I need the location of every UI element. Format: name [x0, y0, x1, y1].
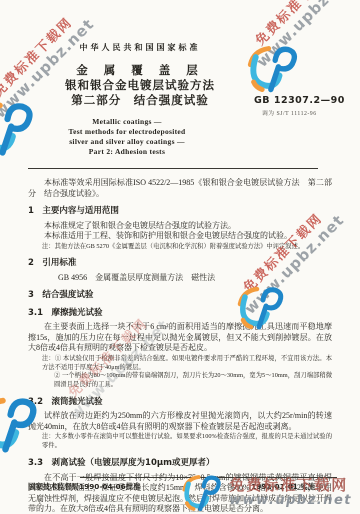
standard-number: GB 12307.2—90 — [254, 95, 345, 106]
section-3-2-note: 注：大多数小零件在滚筒中可以整批进行试验。如果要求100%检查结合强度，报废的只… — [42, 433, 332, 451]
upbz-logo-icon — [179, 472, 225, 514]
watermark-site-name: 免费标准下载网 — [229, 478, 352, 494]
section-3-1-paragraph: 在主要表面上选择一块不大于6 cm²的面积用适当的摩擦抛光工具迅速而平稳地摩擦1… — [28, 322, 332, 354]
section-1-paragraph-1: 本标准规定了银和银合金电镀层结合强度的试验方法。 — [28, 221, 332, 232]
standard-replacement-note: 调为 SJ/T 11112-96 — [262, 108, 317, 117]
section-3-1-note-1: 注：① 本试验仅用于检测非常差的结合强度。如果电镀件要求用于严酷的工程环境，不宜… — [42, 355, 332, 373]
standard-title: 金 属 覆 盖 层 银和银合金电镀层试验方法 第二部分 结合强度试验 — [15, 63, 265, 108]
title-line-3: 第二部分 结合强度试验 — [15, 93, 265, 108]
watermark-site-name: 免费标准下载网 — [231, 0, 360, 72]
section-3-heading: 3 结合强度试验 — [28, 290, 332, 301]
watermark-text-block: 免费标准下载网 www.upbz.net — [229, 478, 352, 507]
standard-english-title: Metallic coatings — Test methods for ele… — [12, 117, 242, 157]
section-3-2-heading: 3.2 滚筒抛光试验 — [28, 397, 332, 408]
section-1-note: 注：其他方法在GB 5270《金属覆盖层（电沉积和化学沉积）附着强度试验方法》中… — [42, 243, 332, 252]
intro-paragraph: 本标准等效采用国际标准ISO 4522/2—1985《银和银合金电镀层试验方法 … — [28, 178, 332, 199]
watermark-bottom-right: 免费标准下载网 www.upbz.net — [179, 472, 352, 514]
page-number: 1 — [38, 498, 42, 506]
document-page: 免费标准下载网 www.upbz.net 免费标准下载网 www.upbz.ne… — [0, 0, 360, 514]
section-3-1-note-2: ② 一个柄长为80～100mm的带有扁端钢刮刀，刮刀片长为20～30mm，宽为5… — [54, 372, 332, 390]
section-3-3-heading: 3.3 剥离试验（电镀层厚度为10μm或更厚者） — [28, 458, 332, 469]
section-2-reference: GB 4956 金属覆盖层厚度测量方法 磁性法 — [42, 273, 332, 284]
english-title-line-1: Metallic coatings — — [12, 117, 242, 127]
header-divider — [28, 168, 318, 169]
section-3-1-heading: 3.1 摩擦抛光试验 — [28, 308, 332, 319]
english-title-line-4: Part 2: Adhesion tests — [12, 147, 242, 157]
english-title-line-2: Test methods for electrodeposited — [12, 127, 242, 137]
section-1-heading: 1 主要内容与适用范围 — [28, 206, 332, 217]
section-3-2-paragraph: 试样放在对边距约为250mm的六方形橡皮衬里抛光滚筒内，以大约25r/min的转… — [28, 411, 332, 432]
document-body: 本标准等效采用国际标准ISO 4522/2—1985《银和银合金电镀层试验方法 … — [28, 178, 332, 514]
watermark-site-url: www.upbz.net — [229, 494, 352, 508]
section-1-paragraph-2: 本标准适用于工程、装饰和防护用银和银合金电镀层结合强度的试验。 — [28, 231, 332, 242]
english-title-line-3: silver and silver alloy coatings — — [12, 137, 242, 147]
approval-note: 国家技术监督局1990-04-06批准 — [28, 482, 140, 492]
title-line-1: 金 属 覆 盖 层 — [15, 63, 265, 78]
title-line-2: 银和银合金电镀层试验方法 — [15, 78, 265, 93]
section-2-heading: 2 引用标准 — [28, 258, 332, 269]
standard-country-line: 中华人民共和国国家标准 — [15, 42, 265, 53]
